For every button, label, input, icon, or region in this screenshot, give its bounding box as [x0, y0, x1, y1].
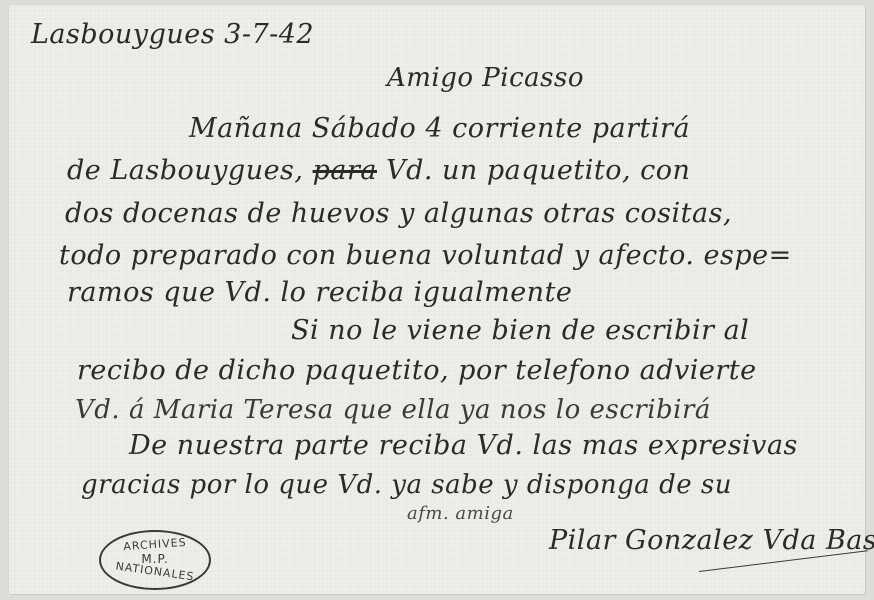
- archives-stamp: ARCHIVES M.P. NATIONALES: [99, 530, 211, 590]
- body-line-10: gracias por lo que Vd. ya sabe y dispong…: [81, 470, 732, 500]
- body-line-6: Si no le viene bien de escribir al: [291, 315, 749, 346]
- letter-card: Lasbouygues 3-7-42 Amigo Picasso Mañana …: [9, 5, 865, 594]
- body-line-2: de Lasbouygues, para Vd. un paquetito, c…: [67, 155, 690, 186]
- closing: afm. amiga: [407, 503, 514, 524]
- greeting: Amigo Picasso: [387, 63, 584, 93]
- signature: Pilar Gonzalez Vda Basso: [549, 525, 874, 556]
- body-line-3: dos docenas de huevos y algunas otras co…: [65, 198, 732, 229]
- body-line-1: Mañana Sábado 4 corriente partirá: [189, 113, 690, 144]
- body-line-5: ramos que Vd. lo reciba igualmente: [67, 277, 572, 308]
- body-line-4: todo preparado con buena voluntad y afec…: [59, 240, 792, 271]
- body-line-8: Vd. á Maria Teresa que ella ya nos lo es…: [75, 395, 711, 425]
- place-date: Lasbouygues 3-7-42: [31, 19, 314, 50]
- struck-word: para: [313, 155, 377, 186]
- body-line-7: recibo de dicho paquetito, por telefono …: [77, 355, 757, 386]
- body-line-9: De nuestra parte reciba Vd. las mas expr…: [129, 430, 798, 461]
